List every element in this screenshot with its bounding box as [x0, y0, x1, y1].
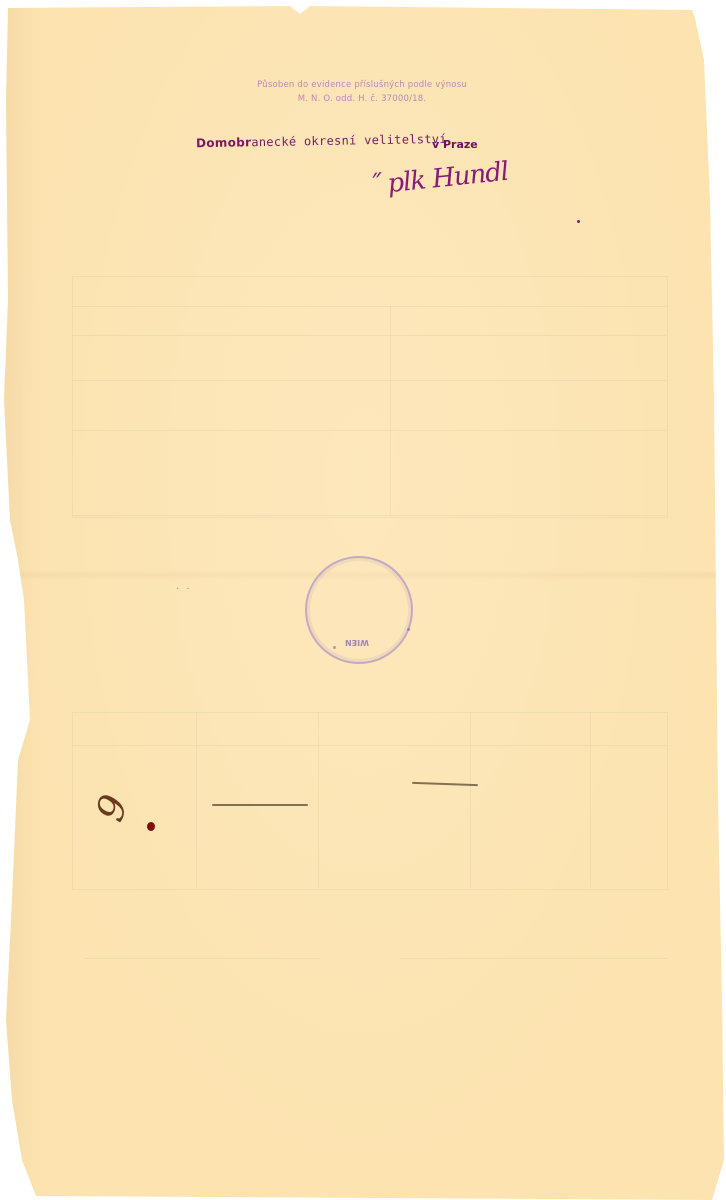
bleed-through-divider — [470, 712, 471, 888]
signature: ˝ plk Hundl — [367, 157, 510, 202]
office-stamp: Domobranecké okresní velitelství — [196, 132, 447, 150]
round-seal: WIEN — [305, 556, 413, 664]
bleed-through-rule — [72, 745, 666, 746]
bleed-through-divider — [318, 712, 319, 888]
bleed-through-divider — [390, 306, 391, 516]
round-seal-text: WIEN — [345, 638, 369, 647]
bleed-through-rule — [72, 335, 666, 336]
bleed-through-upper-table — [72, 276, 668, 518]
bleed-through-divider — [196, 712, 197, 888]
bleed-through-lower-table — [72, 712, 668, 890]
registry-stamp: Působen do evidence příslušných podle vý… — [232, 78, 492, 106]
bleed-through-rule — [72, 515, 666, 516]
office-stamp-prefix: Domobr — [196, 135, 252, 150]
office-stamp-location: v Praze — [432, 138, 478, 151]
signature-prefix-mark: ˝ — [367, 170, 382, 201]
pencil-dots: · · — [176, 584, 192, 595]
bleed-through-signature-line — [400, 958, 668, 959]
signature-text: plk Hundl — [386, 157, 510, 199]
signature-dot — [577, 220, 580, 223]
bleed-through-rule — [72, 306, 666, 307]
bleed-through-rule — [72, 380, 666, 381]
registry-stamp-line2: M. N. O. odd. H. č. 37000/18. — [232, 92, 492, 106]
office-stamp-text: anecké okresní velitelství — [251, 132, 447, 149]
round-seal-dot — [407, 628, 410, 631]
bleed-through-divider — [590, 712, 591, 888]
registry-stamp-line1: Působen do evidence příslušných podle vý… — [232, 78, 492, 92]
pencil-dash — [212, 804, 308, 806]
document-page: Působen do evidence příslušných podle vý… — [0, 0, 726, 1200]
bleed-through-signature-line — [84, 958, 320, 959]
bleed-through-rule — [72, 430, 666, 431]
round-seal-dot — [333, 646, 336, 649]
ink-blot — [147, 822, 155, 831]
